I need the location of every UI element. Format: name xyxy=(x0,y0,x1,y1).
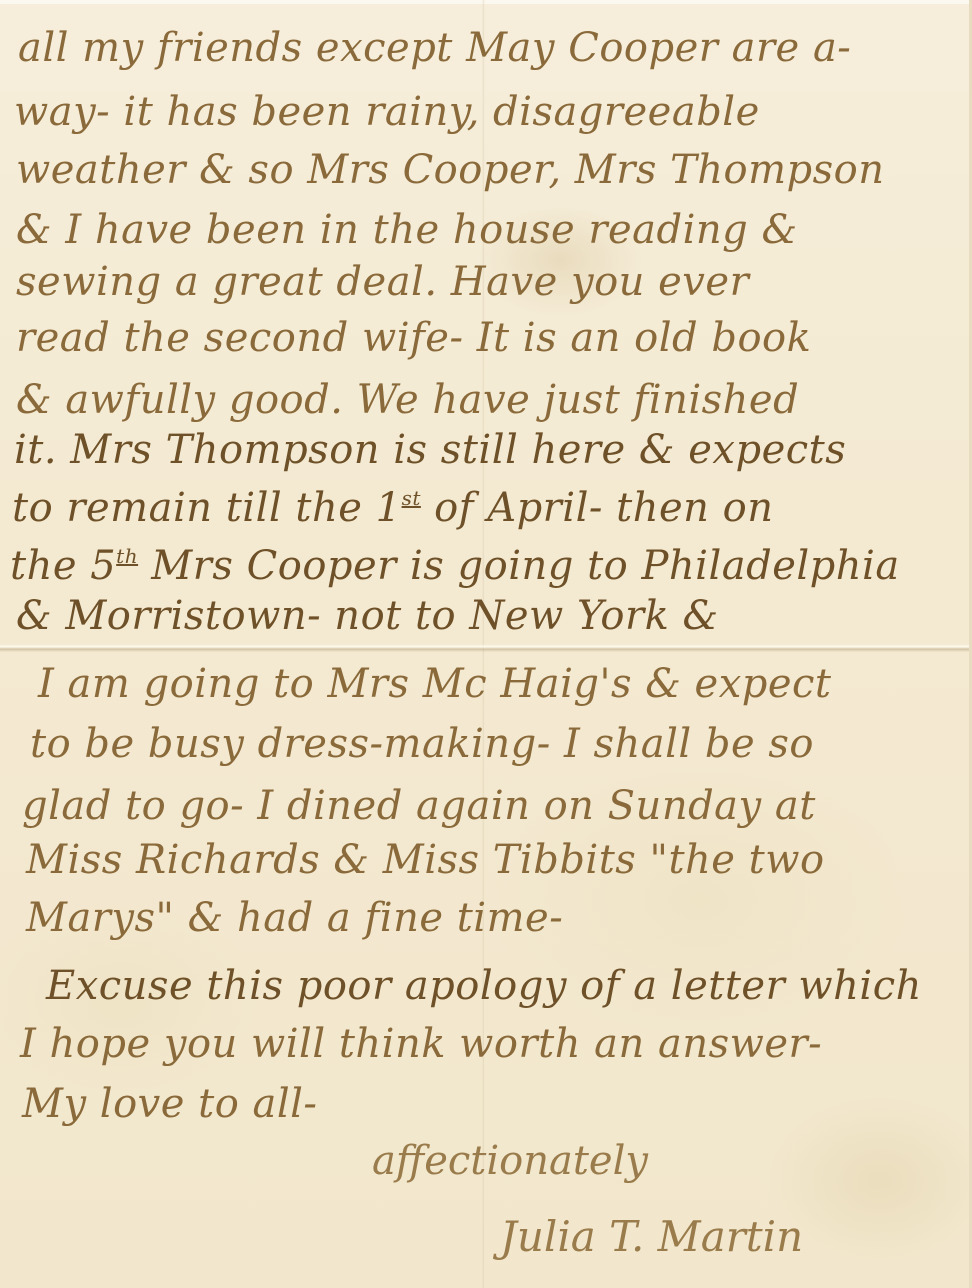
letter-line-3: weather & so Mrs Cooper, Mrs Thompson xyxy=(16,150,885,190)
letter-line-11: & Morristown- not to New York & xyxy=(16,596,719,636)
line-9-text-a: to remain till the 1 xyxy=(12,485,402,531)
letter-line-10: the 5th Mrs Cooper is going to Philadelp… xyxy=(10,546,900,586)
letter-line-15: Miss Richards & Miss Tibbits "the two xyxy=(26,840,825,880)
letter-line-2: way- it has been rainy, disagreeable xyxy=(14,92,760,132)
letter-line-16: Marys" & had a fine time- xyxy=(26,898,563,938)
letter-line-9: to remain till the 1st of April- then on xyxy=(12,488,773,528)
closing-salutation: affectionately xyxy=(372,1138,648,1184)
ordinal-th: th xyxy=(116,544,138,568)
letter-line-5: sewing a great deal. Have you ever xyxy=(16,262,749,302)
letter-page: all my friends except May Cooper are a- … xyxy=(0,0,972,1288)
line-10-text-b: Mrs Cooper is going to Philadelphia xyxy=(138,543,900,589)
horizontal-fold-line xyxy=(0,644,972,652)
letter-line-7: & awfully good. We have just finished xyxy=(16,380,799,420)
line-9-text-b: of April- then on xyxy=(421,485,774,531)
letter-line-8: it. Mrs Thompson is still here & expects xyxy=(14,430,846,470)
letter-line-6: read the second wife- It is an old book xyxy=(16,318,811,358)
letter-line-19: My love to all- xyxy=(22,1084,317,1124)
letter-line-4: & I have been in the house reading & xyxy=(16,210,798,250)
letter-line-14: glad to go- I dined again on Sunday at xyxy=(22,786,816,826)
letter-line-17: Excuse this poor apology of a letter whi… xyxy=(46,966,922,1006)
letter-line-13: to be busy dress-making- I shall be so xyxy=(30,724,814,764)
letter-line-12: I am going to Mrs Mc Haig's & expect xyxy=(38,664,832,704)
signature: Julia T. Martin xyxy=(500,1212,803,1261)
letter-line-1: all my friends except May Cooper are a- xyxy=(18,28,851,68)
letter-line-18: I hope you will think worth an answer- xyxy=(20,1024,822,1064)
line-10-text-a: the 5 xyxy=(10,543,116,589)
paper-top-edge xyxy=(0,0,972,4)
ordinal-st: st xyxy=(402,486,421,510)
